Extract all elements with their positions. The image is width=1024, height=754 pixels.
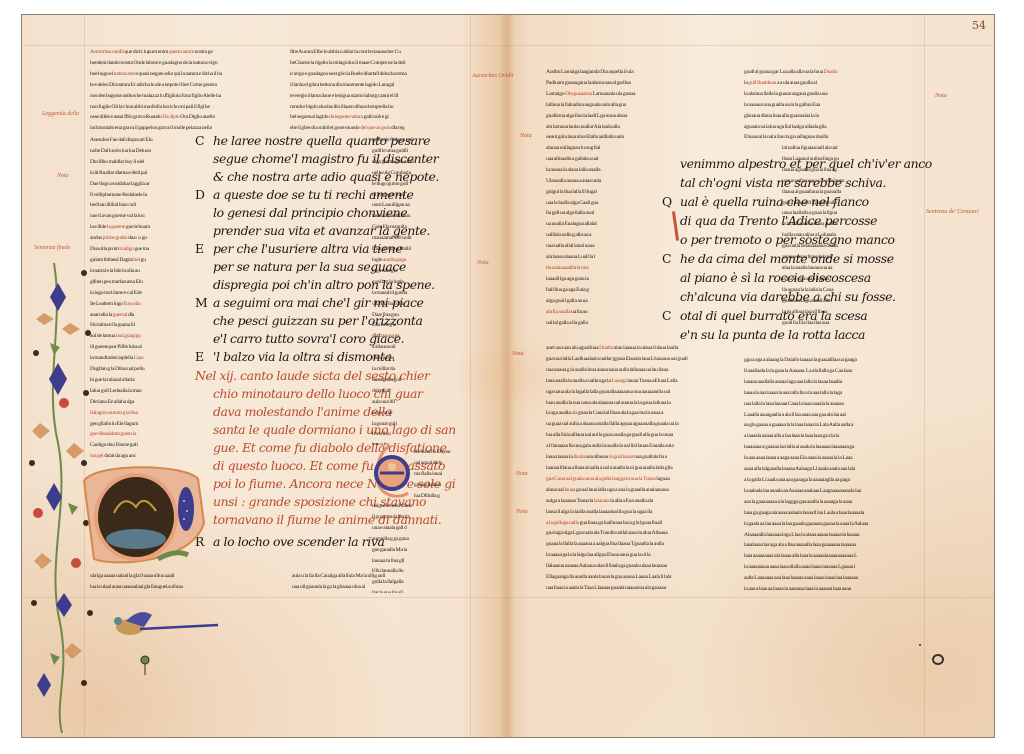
commentary-right-top-right: guall al guaua gar Lua alla alla ua la l… [744, 67, 920, 143]
verse-line: Ra lo locho ove scender la riva [195, 533, 384, 551]
folio-number: 54 [972, 19, 986, 32]
margin-note: Sentenza finale [34, 245, 71, 251]
ruling-line [470, 15, 471, 738]
margin-note: Nota [512, 351, 524, 357]
commentary-left-right-col: ge Reale Gabaur uallgulll le uma guldllu… [372, 135, 468, 445]
ruling-line [22, 45, 995, 46]
margin-note: Nota [516, 509, 528, 515]
commentary-footer-mid: aula u la lla lla Caualga alla llula Ma … [292, 571, 468, 593]
commentary-top-right: Ithe Aurara Elbe lo abbia o ablar la con… [290, 47, 470, 135]
stain-mark [919, 644, 921, 646]
commentary-right-bottom-right: gga a aga a alaaag la Dalallo laaaaa la … [744, 355, 922, 595]
ruling-line [924, 15, 925, 738]
commentary-left-narrow: Auendon Fae dali dispocati Elunobe Dal l… [90, 135, 198, 459]
manuscript-photo-frame: 54 Leggenda della Nota Sentenza finale A… [21, 14, 995, 738]
rosette-ornament-icon [140, 655, 150, 675]
margin-note: Nota [57, 173, 69, 179]
commentary-top-left: Auctoritas ouidii que dicit: lupum enim … [90, 47, 282, 135]
margin-note: Sentenza de' Centauri [926, 209, 979, 215]
commentary-right-narrow-left: alauaa uullaguau lu uug llaluaa alluuall… [546, 143, 662, 335]
historiated-initial-miniature-icon [74, 463, 214, 575]
bird-illustration-icon [110, 605, 220, 645]
margin-note: Auctoritas Ovidii [472, 73, 514, 79]
margin-note: Nota [477, 260, 489, 266]
margin-note: Nota [520, 133, 532, 139]
stain-mark [932, 654, 944, 665]
gutter-fold [500, 15, 514, 738]
margin-note: Nota [516, 471, 528, 477]
commentary-right-bottom-left: auel uua uau alu agualluua Dualla ulau l… [546, 343, 740, 593]
commentary-right-top-left: Auditu Lamaiga laagianda Dia aquella il … [546, 67, 742, 143]
ruling-line [22, 597, 995, 598]
margin-note: Leggenda della [42, 111, 79, 117]
margin-note: Nota [935, 93, 947, 99]
